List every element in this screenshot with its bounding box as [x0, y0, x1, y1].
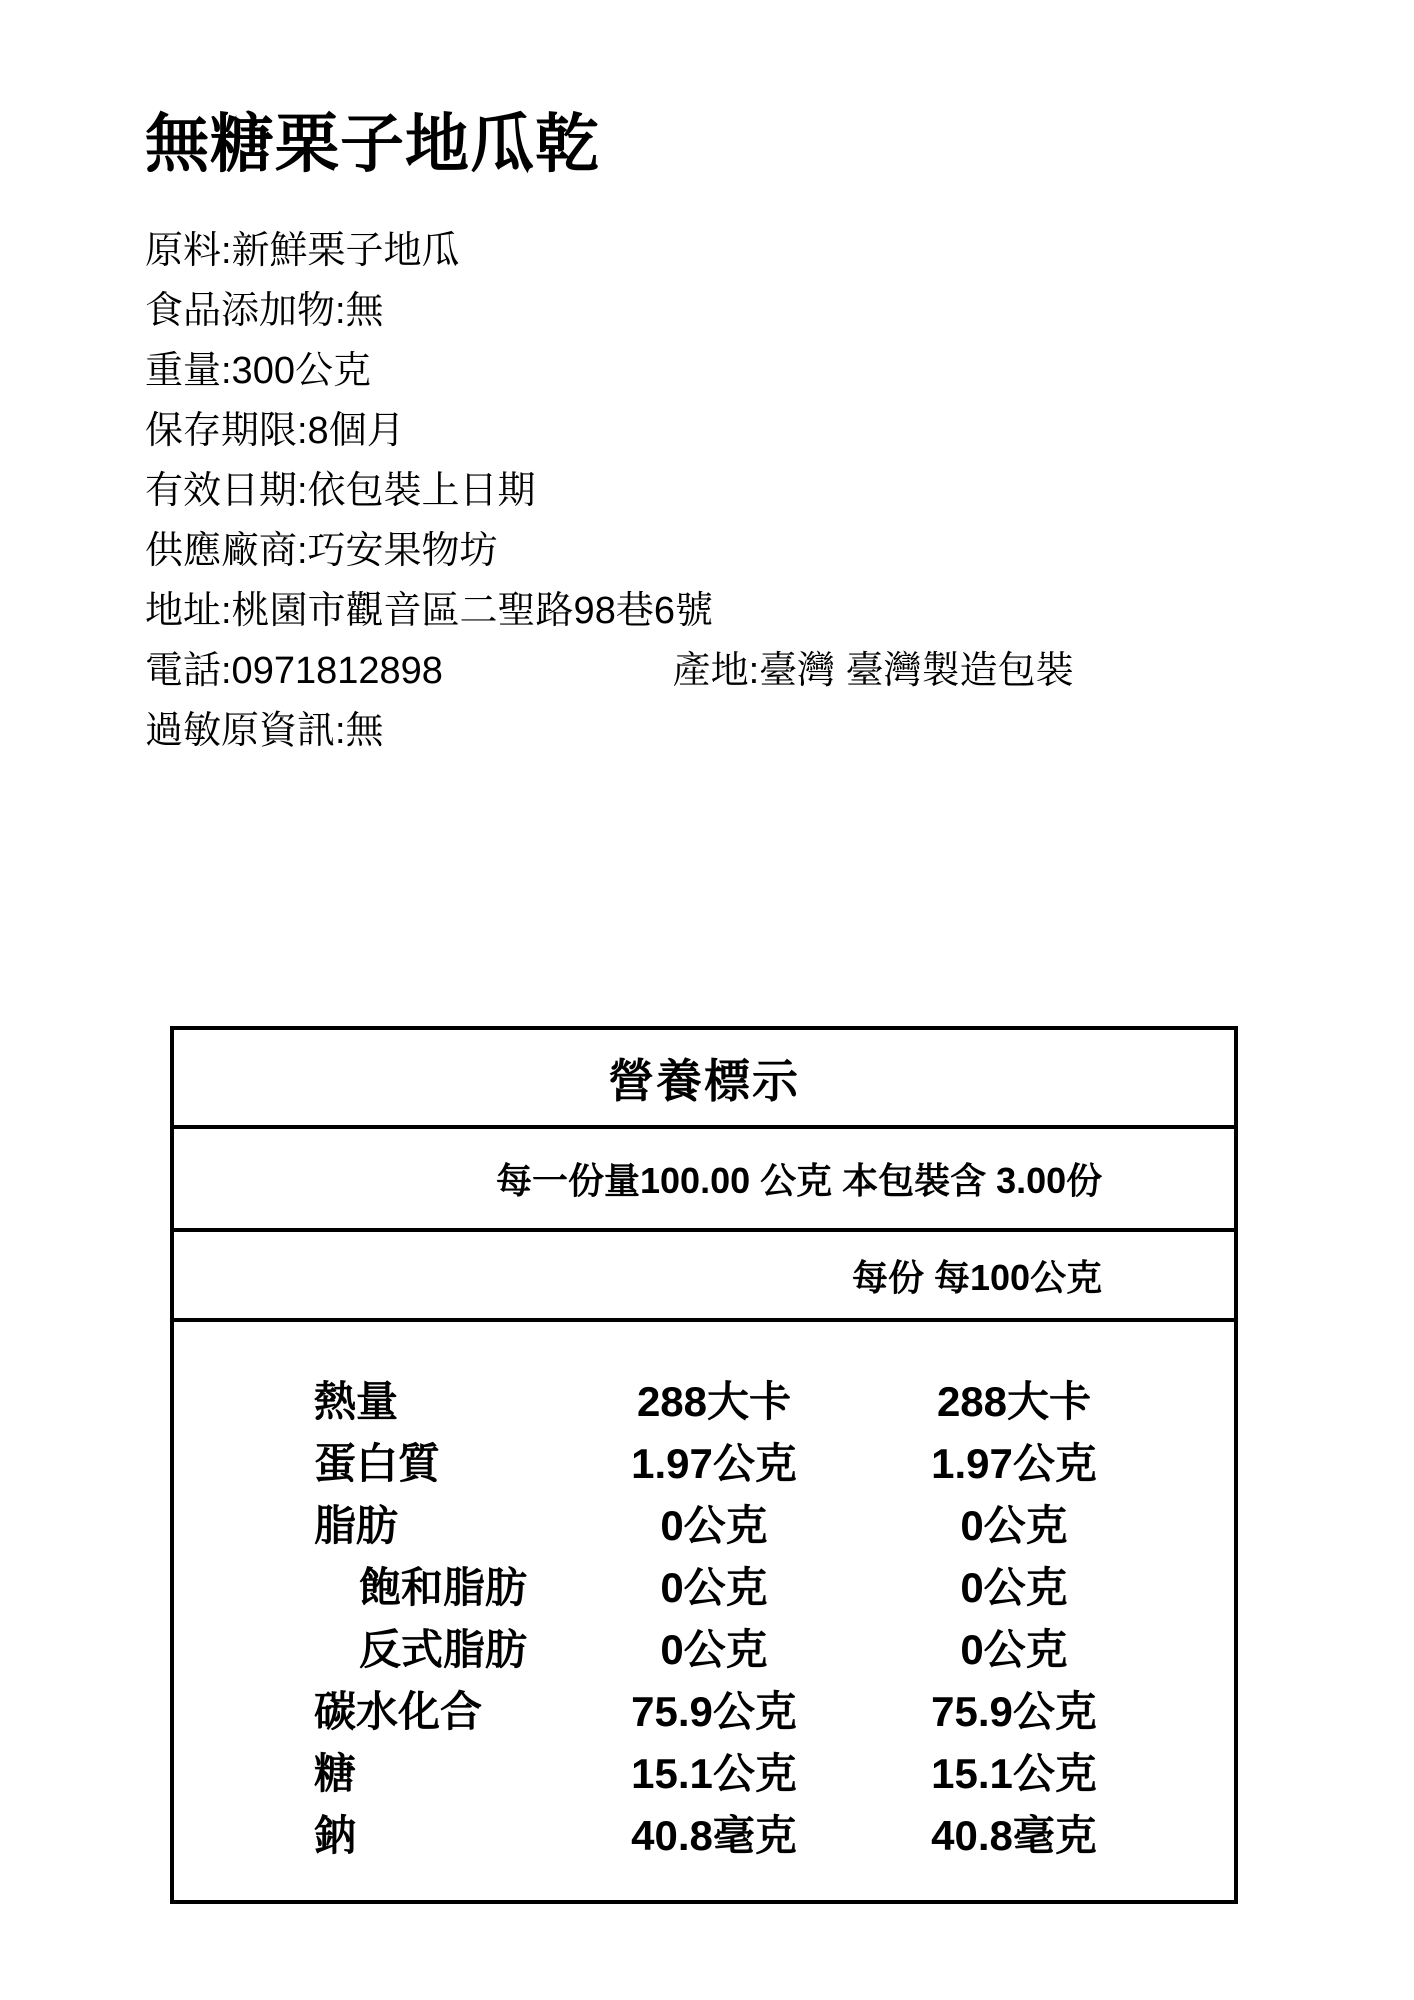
- serving-size-row: 每一份量100.00 公克 本包裝含 3.00份: [174, 1129, 1234, 1232]
- per-serving-value: 1.97公克: [564, 1431, 864, 1491]
- nutrient-label: 蛋白質: [174, 1431, 564, 1491]
- nutrition-row: 反式脂肪 0公克 0公克: [174, 1616, 1234, 1678]
- supplier-line: 供應廠商:巧安果物坊: [145, 528, 1414, 574]
- per-100g-value: 288大卡: [864, 1369, 1164, 1429]
- per-serving-value: 0公克: [564, 1493, 864, 1553]
- nutrition-row: 脂肪 0公克 0公克: [174, 1492, 1234, 1554]
- per-100g-value: 40.8毫克: [864, 1803, 1164, 1863]
- per-serving-value: 0公克: [564, 1555, 864, 1615]
- column-header-row: 每份 每100公克: [174, 1232, 1234, 1322]
- per-serving-value: 75.9公克: [564, 1679, 864, 1739]
- nutrition-row: 鈉 40.8毫克 40.8毫克: [174, 1802, 1234, 1864]
- per-serving-value: 288大卡: [564, 1369, 864, 1429]
- nutrient-label: 飽和脂肪: [174, 1555, 564, 1615]
- origin-text: 產地:臺灣 臺灣製造包裝: [673, 650, 1074, 692]
- per-serving-value: 0公克: [564, 1617, 864, 1677]
- label-content: 無糖栗子地瓜乾 原料:新鮮栗子地瓜 食品添加物:無 重量:300公克 保存期限:…: [0, 0, 1414, 1904]
- nutrient-label: 碳水化合: [174, 1679, 564, 1739]
- nutrient-label: 熱量: [174, 1369, 564, 1429]
- nutrient-label: 鈉: [174, 1803, 564, 1863]
- nutrition-row: 熱量 288大卡 288大卡: [174, 1368, 1234, 1430]
- nutrition-row: 飽和脂肪 0公克 0公克: [174, 1554, 1234, 1616]
- per-100g-value: 0公克: [864, 1493, 1164, 1553]
- allergen-line: 過敏原資訊:無: [145, 708, 1414, 754]
- nutrition-row: 糖 15.1公克 15.1公克: [174, 1740, 1234, 1802]
- additives-line: 食品添加物:無: [145, 288, 1414, 334]
- nutrient-label: 反式脂肪: [174, 1617, 564, 1677]
- nutrition-facts-table: 營養標示 每一份量100.00 公克 本包裝含 3.00份 每份 每100公克 …: [170, 1026, 1238, 1904]
- address-line: 地址:桃園市觀音區二聖路98巷6號: [145, 588, 1414, 634]
- shelf-life-line: 保存期限:8個月: [145, 408, 1414, 454]
- nutrition-row: 碳水化合 75.9公克 75.9公克: [174, 1678, 1234, 1740]
- phone-text: 電話:0971812898: [145, 648, 662, 694]
- nutrient-label: 糖: [174, 1741, 564, 1801]
- per-100g-value: 15.1公克: [864, 1741, 1164, 1801]
- nutrition-data-section: 熱量 288大卡 288大卡 蛋白質 1.97公克 1.97公克 脂肪 0公克 …: [174, 1322, 1234, 1900]
- nutrient-label: 脂肪: [174, 1493, 564, 1553]
- weight-line: 重量:300公克: [145, 348, 1414, 394]
- per-serving-value: 40.8毫克: [564, 1803, 864, 1863]
- nutrition-table-title: 營養標示: [174, 1030, 1234, 1129]
- product-label-page: 無糖栗子地瓜乾 原料:新鮮栗子地瓜 食品添加物:無 重量:300公克 保存期限:…: [0, 0, 1414, 2000]
- nutrition-row: 蛋白質 1.97公克 1.97公克: [174, 1430, 1234, 1492]
- per-100g-value: 0公克: [864, 1555, 1164, 1615]
- ingredients-line: 原料:新鮮栗子地瓜: [145, 228, 1414, 274]
- per-100g-value: 1.97公克: [864, 1431, 1164, 1491]
- expiry-date-line: 有效日期:依包裝上日期: [145, 468, 1414, 514]
- per-serving-value: 15.1公克: [564, 1741, 864, 1801]
- per-100g-value: 75.9公克: [864, 1679, 1164, 1739]
- per-100g-value: 0公克: [864, 1617, 1164, 1677]
- page-title: 無糖栗子地瓜乾: [145, 106, 1414, 182]
- phone-origin-line: 電話:0971812898 產地:臺灣 臺灣製造包裝: [145, 648, 1414, 694]
